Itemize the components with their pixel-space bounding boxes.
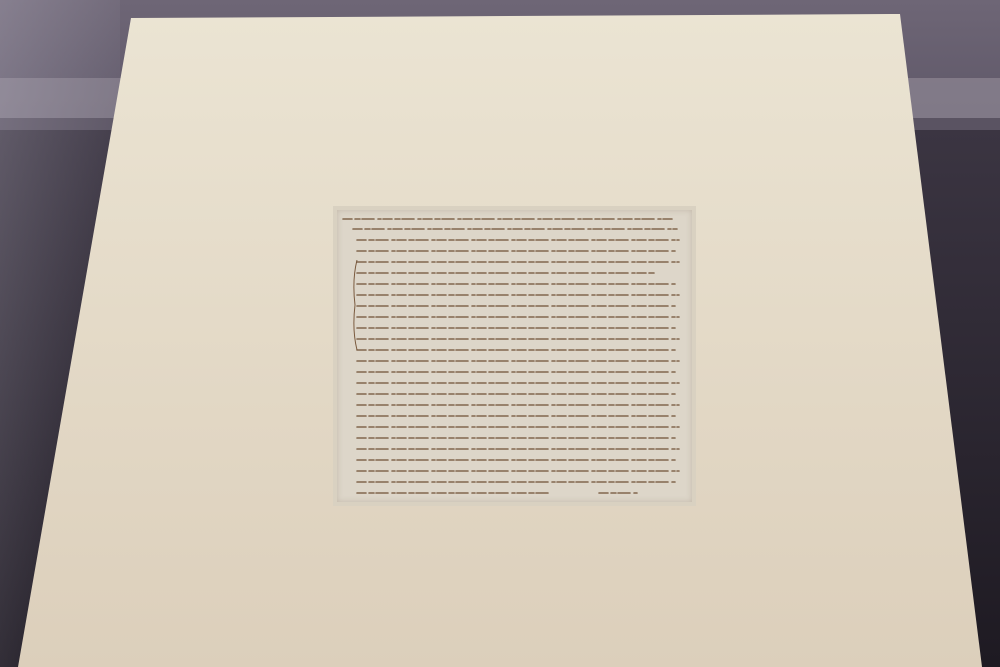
display-case-scene — [0, 0, 1000, 667]
manuscript-letter — [337, 210, 692, 502]
handwritten-text — [337, 210, 692, 502]
